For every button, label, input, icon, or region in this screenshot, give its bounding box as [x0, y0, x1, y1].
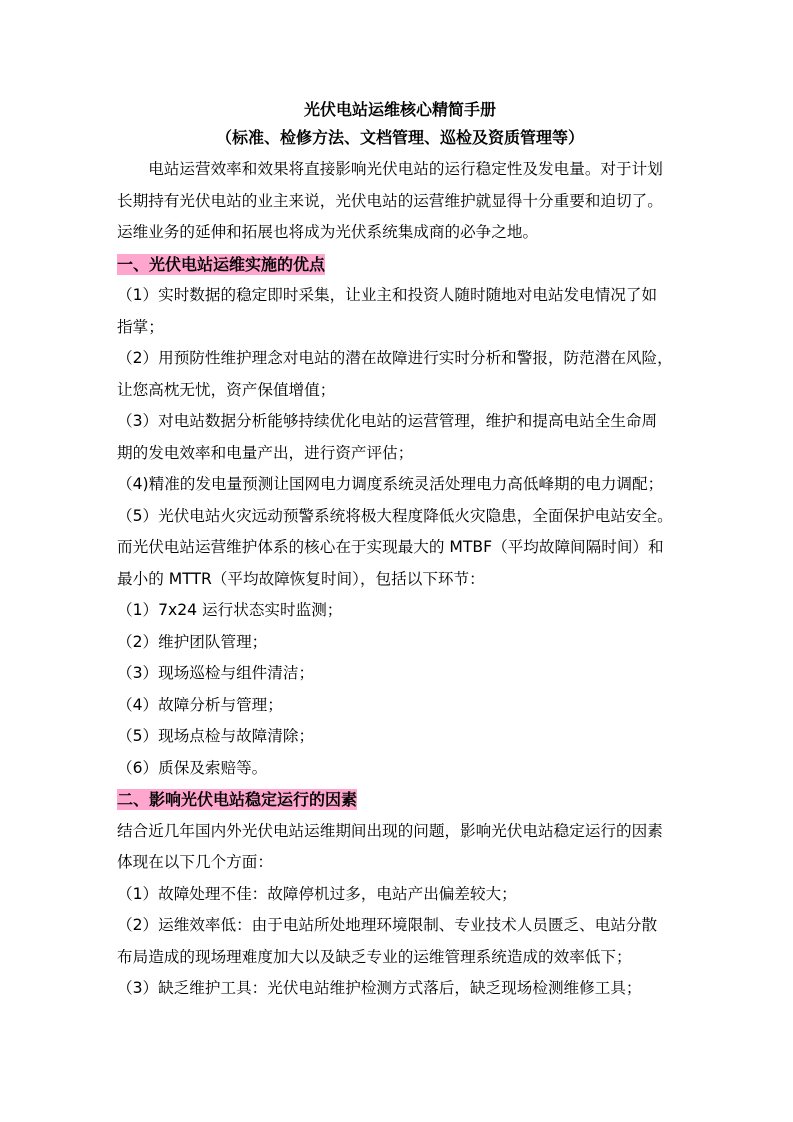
list-item: （3）现场巡检与组件清洁； — [117, 658, 683, 690]
document-subtitle: （标准、检修方法、文档管理、巡检及资质管理等） — [117, 124, 683, 154]
list-item: （1）7x24 运行状态实时监测； — [117, 595, 683, 627]
intro-paragraph: 电站运营效率和效果将直接影响光伏电站的运行稳定性及发电量。对于计划 长期持有光伏… — [117, 154, 683, 249]
body-line: （2）运维效率低：由于电站所处地理环境限制、专业技术人员匮乏、电站分散 — [117, 910, 683, 942]
document-page: 光伏电站运维核心精简手册 （标准、检修方法、文档管理、巡检及资质管理等） 电站运… — [117, 96, 683, 1005]
body-line: （1）故障处理不佳：故障停机过多，电站产出偏差较大； — [117, 879, 683, 911]
intro-line: 长期持有光伏电站的业主来说，光伏电站的运营维护就显得十分重要和迫切了。 — [117, 186, 683, 218]
body-line: 最小的 MTTR（平均故障恢复时间），包括以下环节： — [117, 564, 683, 596]
section-1-body: （1）实时数据的稳定即时采集，让业主和投资人随时随地对电站发电情况了如 指掌； … — [117, 280, 683, 784]
document-title: 光伏电站运维核心精简手册 — [117, 96, 683, 124]
section-heading-2: 二、影响光伏电站稳定运行的因素 — [117, 784, 683, 816]
body-line: 体现在以下几个方面： — [117, 847, 683, 879]
body-line: 结合近几年国内外光伏电站运维期间出现的问题，影响光伏电站稳定运行的因素 — [117, 816, 683, 848]
body-line: （4)精准的发电量预测让国网电力调度系统灵活处理电力高低峰期的电力调配； — [117, 469, 683, 501]
list-item: （4）故障分析与管理； — [117, 690, 683, 722]
body-line: 期的发电效率和电量产出，进行资产评估； — [117, 438, 683, 470]
body-line: （3）对电站数据分析能够持续优化电站的运营管理，维护和提高电站全生命周 — [117, 406, 683, 438]
body-line: （2）用预防性维护理念对电站的潜在故障进行实时分析和警报，防范潜在风险， — [117, 343, 683, 375]
intro-line: 运维业务的延伸和拓展也将成为光伏系统集成商的必争之地。 — [117, 217, 683, 249]
body-line: （1）实时数据的稳定即时采集，让业主和投资人随时随地对电站发电情况了如 — [117, 280, 683, 312]
body-line: （5）光伏电站火灾远动预警系统将极大程度降低火灾隐患，全面保护电站安全。 — [117, 501, 683, 533]
body-line: 布局造成的现场理难度加大以及缺乏专业的运维管理系统造成的效率低下； — [117, 942, 683, 974]
list-item: （2）维护团队管理； — [117, 627, 683, 659]
section-heading-1-text: 一、光伏电站运维实施的优点 — [117, 254, 325, 275]
intro-line: 电站运营效率和效果将直接影响光伏电站的运行稳定性及发电量。对于计划 — [117, 154, 683, 186]
list-item: （5）现场点检与故障清除； — [117, 721, 683, 753]
section-2-body: 结合近几年国内外光伏电站运维期间出现的问题，影响光伏电站稳定运行的因素 体现在以… — [117, 816, 683, 1005]
body-line: （3）缺乏维护工具：光伏电站维护检测方式落后，缺乏现场检测维修工具； — [117, 973, 683, 1005]
section-heading-2-text: 二、影响光伏电站稳定运行的因素 — [117, 789, 357, 810]
list-item: （6）质保及索赔等。 — [117, 753, 683, 785]
body-line: 而光伏电站运营维护体系的核心在于实现最大的 MTBF（平均故障间隔时间）和 — [117, 532, 683, 564]
body-line: 让您高枕无忧，资产保值增值； — [117, 375, 683, 407]
section-heading-1: 一、光伏电站运维实施的优点 — [117, 249, 683, 281]
body-line: 指掌； — [117, 312, 683, 344]
